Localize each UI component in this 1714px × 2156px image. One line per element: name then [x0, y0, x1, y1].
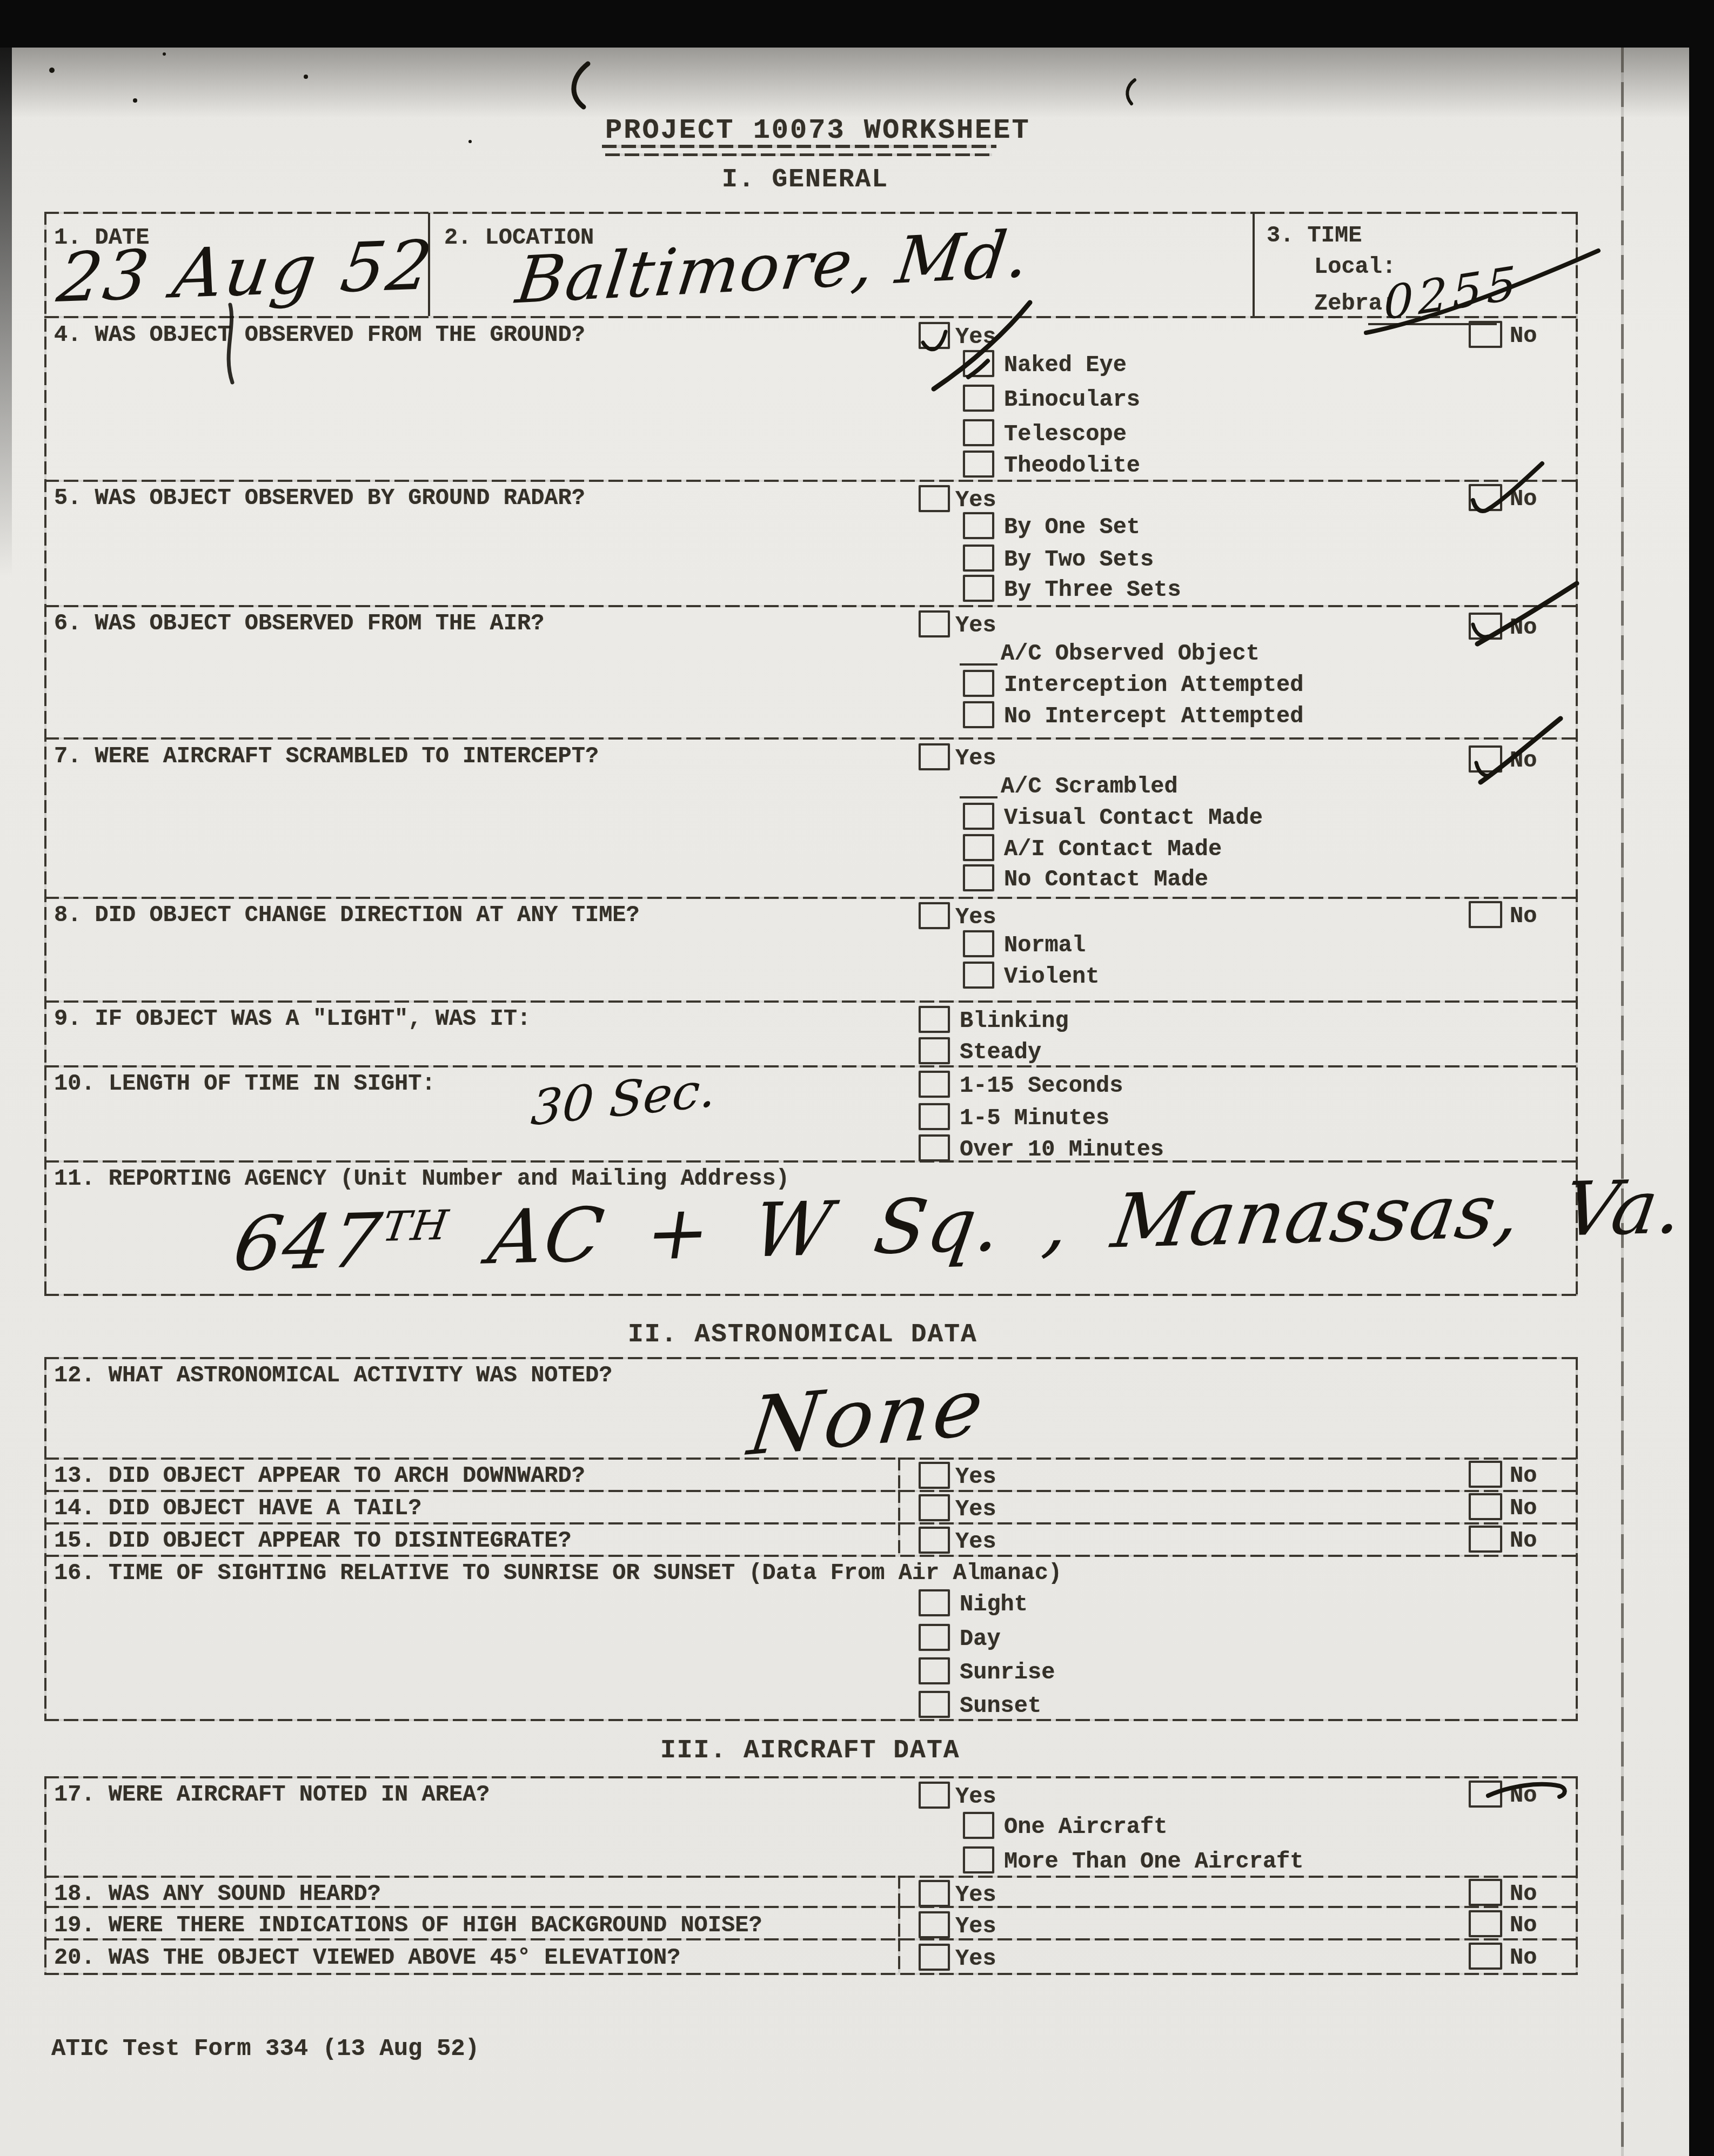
- q6-opt-interception-label: Interception Attempted: [1004, 673, 1304, 697]
- q11-label: 11. REPORTING AGENCY (Unit Number and Ma…: [54, 1167, 789, 1191]
- q6-no-label: No: [1510, 616, 1537, 640]
- t1-row-q9-border: [44, 1000, 1578, 1003]
- q15-no-label: No: [1510, 1529, 1537, 1553]
- q14-yes-label: Yes: [955, 1497, 996, 1521]
- q15-label: 15. DID OBJECT APPEAR TO DISINTEGRATE?: [54, 1529, 572, 1553]
- q7-opt-visual-contact-checkbox[interactable]: [963, 803, 994, 830]
- q19-label: 19. WERE THERE INDICATIONS OF HIGH BACKG…: [54, 1913, 762, 1937]
- ink-speck: [468, 140, 472, 143]
- q12-label: 12. WHAT ASTRONOMICAL ACTIVITY WAS NOTED…: [54, 1364, 612, 1387]
- t2-top-border: [44, 1357, 1578, 1359]
- t3-row-q20-border: [44, 1938, 1578, 1940]
- q5-yes-label: Yes: [955, 488, 996, 512]
- q13-no-label: No: [1510, 1464, 1537, 1488]
- t3-divider-q19: [898, 1906, 900, 1938]
- q7-opt-visual-contact-label: Visual Contact Made: [1004, 806, 1263, 830]
- q10-opt-seconds-label: 1-15 Seconds: [960, 1074, 1123, 1098]
- q16-opt-sunrise-checkbox[interactable]: [919, 1657, 950, 1684]
- q10-opt-seconds-checkbox[interactable]: [919, 1071, 950, 1098]
- q9-opt-steady-label: Steady: [960, 1040, 1041, 1064]
- q6-opt-ac-observed-label: A/C Observed Object: [1001, 642, 1260, 666]
- scan-right-edge-bar: [1689, 0, 1714, 2156]
- q20-label: 20. WAS THE OBJECT VIEWED ABOVE 45° ELEV…: [54, 1946, 680, 1970]
- section-heading-astronomical: II. ASTRONOMICAL DATA: [628, 1320, 977, 1349]
- q4-no-label: No: [1510, 324, 1537, 348]
- title-underline-1: [602, 145, 996, 148]
- page-fold-line: [1621, 48, 1624, 2156]
- q9-opt-steady-checkbox[interactable]: [919, 1037, 950, 1064]
- q9-opt-blinking-label: Blinking: [960, 1009, 1069, 1033]
- time-label: 3. TIME: [1267, 224, 1362, 247]
- q10-opt-over10-checkbox[interactable]: [919, 1134, 950, 1161]
- q18-yes-label: Yes: [955, 1883, 996, 1907]
- t2-row-q16-border: [44, 1555, 1578, 1557]
- q13-yes-label: Yes: [955, 1465, 996, 1489]
- t1-row-q8-border: [44, 897, 1578, 899]
- q6-yes-label: Yes: [955, 614, 996, 637]
- q8-no-label: No: [1510, 904, 1537, 928]
- q4-yes-checkbox[interactable]: [919, 322, 950, 349]
- header-divider-location-time: [1253, 213, 1255, 316]
- t3-right-border: [1576, 1776, 1578, 1975]
- q16-opt-night-checkbox[interactable]: [919, 1589, 950, 1616]
- q14-label: 14. DID OBJECT HAVE A TAIL?: [54, 1496, 422, 1520]
- title-underline-2: [605, 153, 992, 156]
- q7-opt-ai-contact-checkbox[interactable]: [963, 834, 994, 861]
- q7-opt-ai-contact-label: A/I Contact Made: [1004, 837, 1222, 861]
- q5-opt-three-sets-label: By Three Sets: [1004, 578, 1181, 602]
- q13-yes-checkbox[interactable]: [919, 1462, 950, 1489]
- q10-opt-minutes-label: 1-5 Minutes: [960, 1106, 1109, 1130]
- q4-no-checkbox[interactable]: [1469, 321, 1502, 348]
- t2-divider-q14: [898, 1490, 900, 1522]
- q5-yes-checkbox[interactable]: [919, 485, 950, 512]
- q19-yes-label: Yes: [955, 1915, 996, 1938]
- q6-label: 6. WAS OBJECT OBSERVED FROM THE AIR?: [54, 612, 544, 635]
- q4-opt-theodolite-checkbox[interactable]: [963, 451, 994, 478]
- t3-bottom-border: [44, 1973, 1578, 1975]
- q20-no-checkbox[interactable]: [1469, 1943, 1502, 1970]
- q20-yes-label: Yes: [955, 1947, 996, 1971]
- q13-label: 13. DID OBJECT APPEAR TO ARCH DOWNWARD?: [54, 1464, 585, 1488]
- q5-no-checkbox[interactable]: [1469, 484, 1502, 511]
- q19-yes-checkbox[interactable]: [919, 1911, 950, 1938]
- q8-opt-violent-checkbox[interactable]: [963, 962, 994, 989]
- form-number-footer: ATIC Test Form 334 (13 Aug 52): [51, 2036, 479, 2063]
- q16-opt-day-checkbox[interactable]: [919, 1624, 950, 1651]
- t3-divider-q18: [898, 1876, 900, 1906]
- t2-divider-q15: [898, 1522, 900, 1555]
- q4-opt-binoculars-label: Binoculars: [1004, 388, 1140, 412]
- t3-row-q18-border: [44, 1876, 1578, 1878]
- t3-top-border: [44, 1776, 1578, 1778]
- q4-yes-label: Yes: [955, 325, 996, 349]
- q10-label: 10. LENGTH OF TIME IN SIGHT:: [54, 1072, 436, 1096]
- q14-no-label: No: [1510, 1496, 1537, 1520]
- q7-label: 7. WERE AIRCRAFT SCRAMBLED TO INTERCEPT?: [54, 744, 599, 768]
- q17-no-label: No: [1510, 1784, 1537, 1808]
- q9-label: 9. IF OBJECT WAS A "LIGHT", WAS IT:: [54, 1007, 531, 1031]
- q4-label: 4. WAS OBJECT OBSERVED FROM THE GROUND?: [54, 323, 585, 347]
- scanned-worksheet-page: PROJECT 10073 WORKSHEET I. GENERAL 1. DA…: [0, 0, 1714, 2156]
- t1-top-border: [44, 212, 1578, 214]
- section-heading-aircraft: III. AIRCRAFT DATA: [660, 1736, 960, 1765]
- t1-row-q5-border: [44, 480, 1578, 482]
- q17-label: 17. WERE AIRCRAFT NOTED IN AREA?: [54, 1783, 490, 1806]
- q14-no-checkbox[interactable]: [1469, 1493, 1502, 1520]
- q6-opt-interception-checkbox[interactable]: [963, 670, 994, 697]
- q4-opt-naked-eye-checkbox[interactable]: [963, 350, 994, 377]
- t1-row-q11-border: [44, 1160, 1578, 1163]
- q7-yes-label: Yes: [955, 747, 996, 770]
- q7-yes-checkbox[interactable]: [919, 743, 950, 770]
- q17-opt-more-aircraft-checkbox[interactable]: [963, 1846, 994, 1873]
- q18-yes-checkbox[interactable]: [919, 1880, 950, 1907]
- q18-no-label: No: [1510, 1882, 1537, 1906]
- q4-opt-naked-eye-label: Naked Eye: [1004, 353, 1127, 377]
- scan-top-edge-bar: [0, 0, 1714, 48]
- q8-yes-label: Yes: [955, 905, 996, 929]
- q16-opt-night-label: Night: [960, 1593, 1028, 1616]
- q16-opt-sunrise-label: Sunrise: [960, 1661, 1055, 1684]
- q6-opt-line-blank: [960, 663, 997, 666]
- q8-opt-normal-checkbox[interactable]: [963, 930, 994, 957]
- q8-no-checkbox[interactable]: [1469, 901, 1502, 928]
- q6-no-checkbox[interactable]: [1469, 613, 1502, 640]
- q20-yes-checkbox[interactable]: [919, 1944, 950, 1971]
- q8-opt-normal-label: Normal: [1004, 933, 1086, 957]
- scan-top-shadow: [0, 48, 1714, 118]
- agency-ordinal: TH: [379, 1201, 452, 1251]
- q6-opt-no-intercept-label: No Intercept Attempted: [1004, 704, 1304, 728]
- q17-opt-one-aircraft-checkbox[interactable]: [963, 1812, 994, 1839]
- q8-opt-violent-label: Violent: [1004, 965, 1099, 989]
- time-local-label: Local:: [1314, 255, 1396, 279]
- q17-yes-label: Yes: [955, 1785, 996, 1809]
- q16-opt-sunset-checkbox[interactable]: [919, 1691, 950, 1718]
- q7-opt-no-contact-label: No Contact Made: [1004, 868, 1208, 891]
- q17-no-checkbox[interactable]: [1469, 1781, 1502, 1808]
- q17-yes-checkbox[interactable]: [919, 1782, 950, 1809]
- q8-yes-checkbox[interactable]: [919, 902, 950, 929]
- handwritten-time-in-sight: 30 Sec.: [530, 1066, 718, 1133]
- t3-left-border: [44, 1776, 46, 1975]
- q8-label: 8. DID OBJECT CHANGE DIRECTION AT ANY TI…: [54, 903, 640, 927]
- q18-label: 18. WAS ANY SOUND HEARD?: [54, 1882, 381, 1906]
- q4-opt-binoculars-checkbox[interactable]: [963, 385, 994, 412]
- t2-bottom-border: [44, 1719, 1578, 1721]
- q7-no-label: No: [1510, 749, 1537, 773]
- q15-no-checkbox[interactable]: [1469, 1526, 1502, 1553]
- t1-right-border: [1576, 212, 1578, 1296]
- q16-opt-sunset-label: Sunset: [960, 1694, 1041, 1718]
- handwritten-astronomical-activity: None: [744, 1367, 990, 1468]
- q4-opt-telescope-label: Telescope: [1004, 422, 1127, 446]
- q15-yes-checkbox[interactable]: [919, 1527, 950, 1554]
- q5-opt-two-sets-checkbox[interactable]: [963, 545, 994, 572]
- q17-opt-more-aircraft-label: More Than One Aircraft: [1004, 1850, 1304, 1873]
- q10-opt-over10-label: Over 10 Minutes: [960, 1138, 1164, 1161]
- t1-row-q10-border: [44, 1065, 1578, 1067]
- q17-opt-one-aircraft-label: One Aircraft: [1004, 1815, 1167, 1839]
- t2-left-border: [44, 1357, 46, 1721]
- q18-no-checkbox[interactable]: [1469, 1879, 1502, 1906]
- q5-opt-one-set-label: By One Set: [1004, 515, 1140, 539]
- q14-yes-checkbox[interactable]: [919, 1494, 950, 1521]
- t1-bottom-border: [44, 1294, 1578, 1296]
- agency-number: 647: [228, 1197, 387, 1288]
- q5-opt-three-sets-checkbox[interactable]: [963, 575, 994, 602]
- q6-yes-checkbox[interactable]: [919, 610, 950, 637]
- t1-row-q7-border: [44, 737, 1578, 740]
- q19-no-label: No: [1510, 1913, 1537, 1937]
- q5-opt-one-set-checkbox[interactable]: [963, 512, 994, 539]
- t2-row-q14-border: [44, 1490, 1578, 1492]
- t1-row-q6-border: [44, 605, 1578, 607]
- q7-no-checkbox[interactable]: [1469, 745, 1502, 773]
- q4-opt-theodolite-label: Theodolite: [1004, 454, 1140, 478]
- q16-label: 16. TIME OF SIGHTING RELATIVE TO SUNRISE…: [54, 1561, 1062, 1585]
- t1-left-border: [44, 212, 46, 1296]
- section-heading-general: I. GENERAL: [722, 165, 888, 194]
- q5-no-label: No: [1510, 487, 1537, 511]
- q16-opt-day-label: Day: [960, 1627, 1001, 1651]
- handwritten-date: 23 Aug 52: [53, 231, 438, 312]
- q7-opt-ac-scrambled-label: A/C Scrambled: [1001, 775, 1178, 798]
- q15-yes-label: Yes: [955, 1530, 996, 1554]
- t2-right-border: [1576, 1357, 1578, 1721]
- q10-opt-minutes-checkbox[interactable]: [919, 1103, 950, 1130]
- q7-opt-line-blank: [960, 796, 997, 798]
- t2-row-q15-border: [44, 1522, 1578, 1524]
- q6-opt-no-intercept-checkbox[interactable]: [963, 701, 994, 728]
- q9-opt-blinking-checkbox[interactable]: [919, 1006, 950, 1033]
- q5-opt-two-sets-label: By Two Sets: [1004, 548, 1154, 572]
- scan-left-edge-smudge: [0, 48, 12, 577]
- page-title: PROJECT 10073 WORKSHEET: [605, 115, 1030, 146]
- q4-opt-telescope-checkbox[interactable]: [963, 419, 994, 446]
- q7-opt-no-contact-checkbox[interactable]: [963, 864, 994, 891]
- t3-divider-q20: [898, 1938, 900, 1973]
- q13-no-checkbox[interactable]: [1469, 1461, 1502, 1488]
- t2-divider-q13: [898, 1458, 900, 1490]
- q20-no-label: No: [1510, 1946, 1537, 1970]
- q19-no-checkbox[interactable]: [1469, 1910, 1502, 1937]
- q5-label: 5. WAS OBJECT OBSERVED BY GROUND RADAR?: [54, 486, 585, 510]
